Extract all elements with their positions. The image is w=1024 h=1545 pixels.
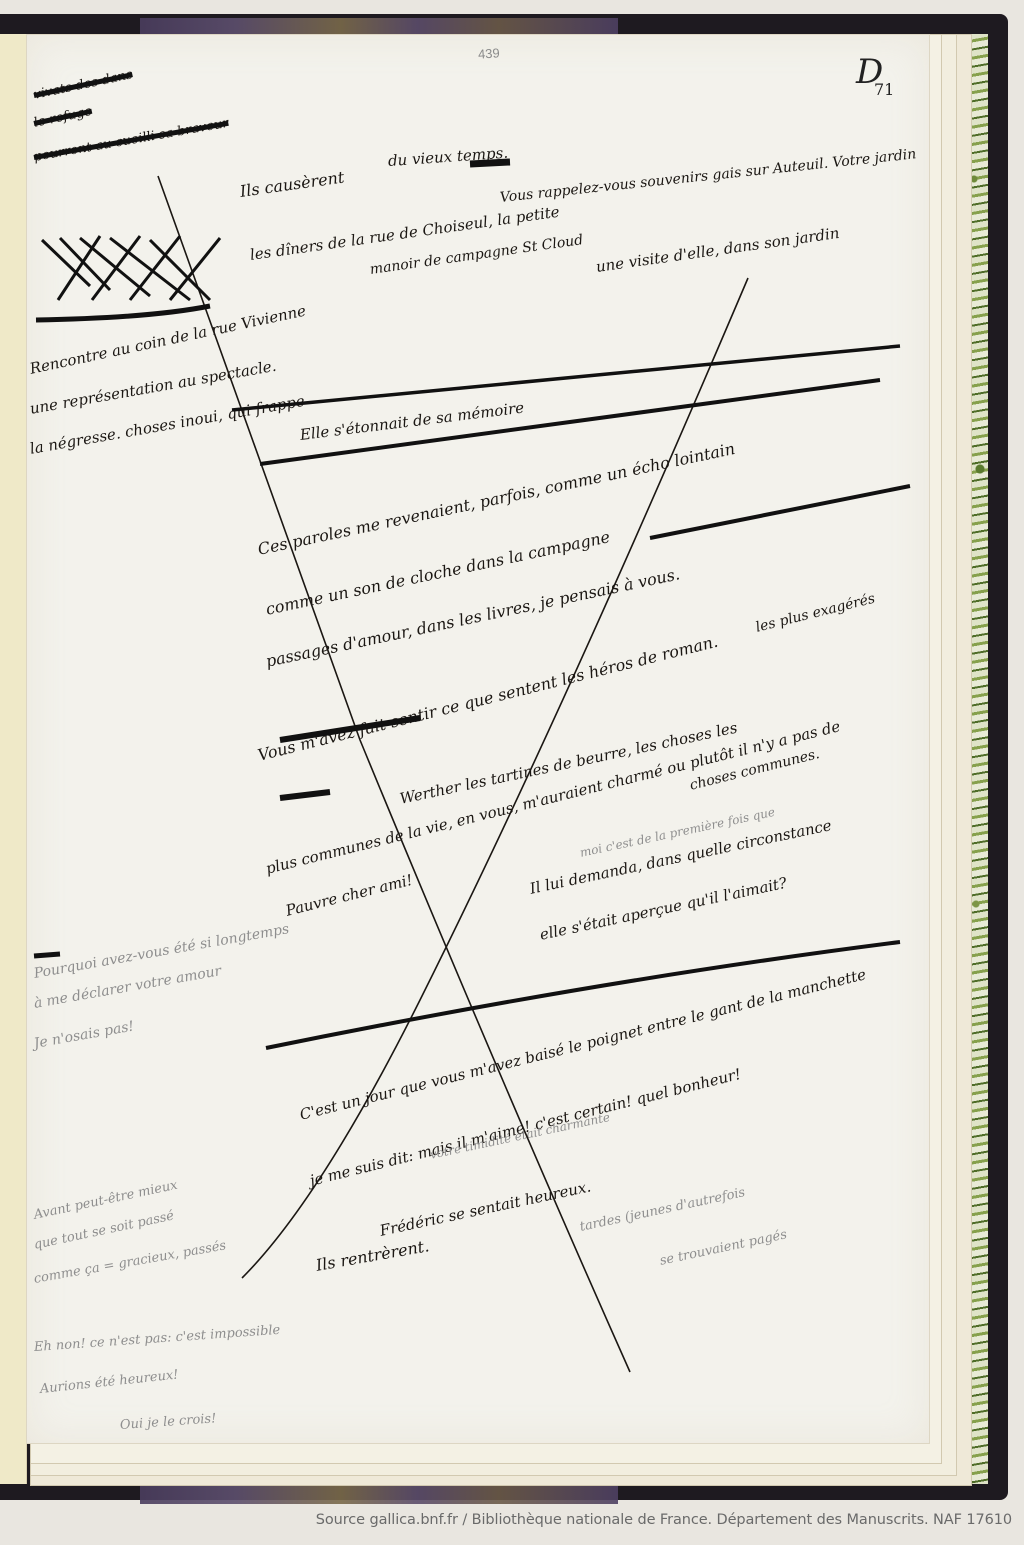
source-caption: Source gallica.bnf.fr / Bibliothèque nat… (316, 1512, 1012, 1528)
binding-band-bottom (140, 1484, 618, 1504)
left-facing-leaf (0, 34, 27, 1484)
folio-page-number: 71 (874, 80, 894, 99)
pencil-folio-number: 439 (478, 45, 501, 61)
